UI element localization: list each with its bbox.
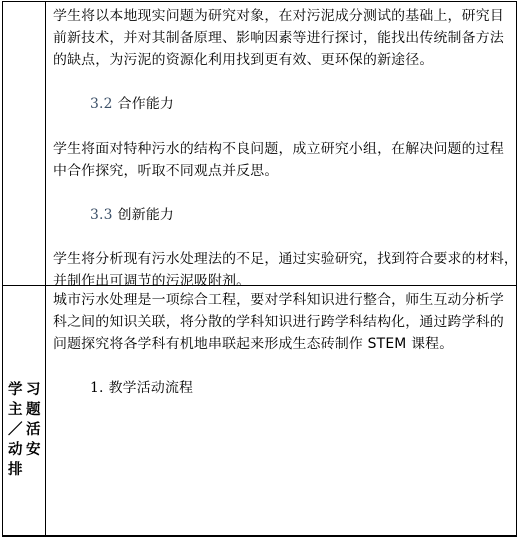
section-body-cooperation: 学生将面对特种污水的结构不良问题，成立研究小组，在解决问题的过程 中合作探究，听… bbox=[53, 138, 513, 182]
section-heading-innovation: 3.3创新能力 bbox=[53, 182, 513, 248]
learning-theme-content-cell: 城市污水处理是一项综合工程，要对学科知识进行整合，师生互动分析学 科之间的知识关… bbox=[46, 286, 516, 535]
learning-theme-row: 学习 主题 ／活 动安 排 城市污水处理是一项综合工程，要对学科知识进行整合，师… bbox=[3, 286, 516, 535]
learning-theme-label-cell: 学习 主题 ／活 动安 排 bbox=[3, 286, 46, 535]
list-item-number: 1. bbox=[90, 380, 104, 396]
learning-theme-intro-paragraph: 城市污水处理是一项综合工程，要对学科知识进行整合，师生互动分析学 科之间的知识关… bbox=[53, 289, 513, 355]
section-title: 创新能力 bbox=[118, 207, 174, 223]
section-number: 3.2 bbox=[90, 96, 113, 112]
objectives-intro-paragraph: 学生将以本地现实问题为研究对象，在对污泥成分测试的基础上，研究目 前新技术，并对… bbox=[53, 5, 513, 71]
learning-theme-label: 学习 主题 ／活 动安 排 bbox=[3, 286, 45, 480]
content-table: 学生将以本地现实问题为研究对象，在对污泥成分测试的基础上，研究目 前新技术，并对… bbox=[2, 1, 517, 537]
objectives-row-label-cell bbox=[3, 2, 46, 285]
teaching-activity-flow-item: 1.教学活动流程 bbox=[53, 355, 513, 421]
section-body-innovation: 学生将分析现有污水处理法的不足，通过实验研究，找到符合要求的材料， 并制作出可调… bbox=[53, 248, 513, 285]
section-number: 3.3 bbox=[90, 207, 113, 223]
section-heading-cooperation: 3.2合作能力 bbox=[53, 71, 513, 137]
objectives-row: 学生将以本地现实问题为研究对象，在对污泥成分测试的基础上，研究目 前新技术，并对… bbox=[3, 2, 516, 286]
section-title: 合作能力 bbox=[118, 96, 174, 112]
objectives-content-cell: 学生将以本地现实问题为研究对象，在对污泥成分测试的基础上，研究目 前新技术，并对… bbox=[46, 2, 516, 285]
list-item-title: 教学活动流程 bbox=[109, 380, 194, 396]
document-page: { "colors": { "number_color": "#3c5068",… bbox=[0, 0, 519, 547]
